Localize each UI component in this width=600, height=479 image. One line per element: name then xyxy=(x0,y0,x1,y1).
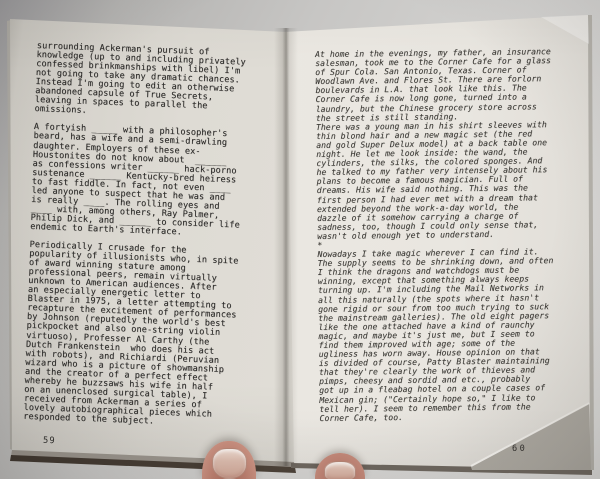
right-thumb-nail xyxy=(324,461,356,479)
left-thumb-nail xyxy=(212,448,247,479)
page-59-text: surrounding Ackerman's pursuit ofknowled… xyxy=(23,42,246,429)
open-book-photo: surrounding Ackerman's pursuit ofknowled… xyxy=(0,0,600,479)
page-number-60: 60 xyxy=(512,444,527,454)
book-gutter xyxy=(274,28,298,466)
page-number-59: 59 xyxy=(43,436,56,446)
page-60-text: At home in the evenings, my father, an i… xyxy=(315,47,555,423)
